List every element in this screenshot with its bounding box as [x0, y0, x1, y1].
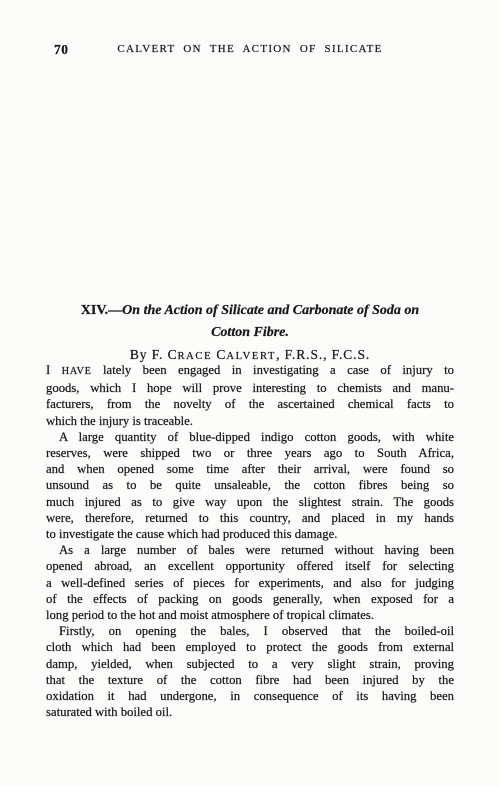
article-title-text: On the Action of Silicate and Carbonate … — [122, 303, 419, 318]
byline-segment: C — [212, 347, 226, 362]
small-caps-text: HAVE — [62, 366, 92, 377]
text-line: saturated with boiled oil. — [46, 704, 454, 720]
text-line: facturers, from the novelty of the ascer… — [46, 396, 454, 412]
text-line: As a large number of bales were returned… — [46, 542, 454, 558]
text-line: Firstly, on opening the bales, I observe… — [46, 623, 454, 639]
text-line: which the injury is traceable. — [46, 413, 454, 429]
text-line: damp, yielded, when subjected to a very … — [46, 656, 454, 672]
text-line: a well-defined series of pieces for expe… — [46, 575, 454, 591]
paragraph: As a large number of bales were returned… — [46, 542, 454, 623]
article-body: I HAVE lately been engaged in investigat… — [46, 362, 454, 720]
text-segment: I — [46, 363, 62, 377]
text-line: were, therefore, returned to this countr… — [46, 510, 454, 526]
byline-segment: , F.R.S., F.C.S. — [276, 347, 370, 362]
text-line: oxidation it had undergone, in consequen… — [46, 688, 454, 704]
text-line: much injured as to give way upon the sli… — [46, 494, 454, 510]
text-line: that the texture of the cotton fibre had… — [46, 672, 454, 688]
page-number: 70 — [54, 42, 69, 58]
page-header: 70 CALVERT ON THE ACTION OF SILICATE — [46, 42, 454, 58]
text-line: I HAVE lately been engaged in investigat… — [46, 362, 454, 380]
article-heading: XIV.—On the Action of Silicate and Carbo… — [46, 300, 454, 367]
paragraph: A large quantity of blue-dipped indigo c… — [46, 429, 454, 542]
article-title-line-2: Cotton Fibre. — [46, 322, 454, 344]
scanned-paper-page: 70 CALVERT ON THE ACTION OF SILICATE XIV… — [0, 0, 500, 786]
text-segment: lately been engaged in investigating a c… — [92, 363, 454, 377]
text-line: and when opened some time after their ar… — [46, 461, 454, 477]
paragraph: I HAVE lately been engaged in investigat… — [46, 362, 454, 429]
running-head: CALVERT ON THE ACTION OF SILICATE — [46, 42, 454, 55]
byline-segment: By F. C — [130, 347, 178, 362]
text-line: of the effects of packing on goods gener… — [46, 591, 454, 607]
byline-smallcaps: RACE — [177, 351, 212, 362]
article-number: XIV.— — [81, 303, 122, 318]
text-line: goods, which I hope will prove interesti… — [46, 380, 454, 396]
byline-smallcaps: ALVERT — [226, 351, 276, 362]
article-title-line-1: XIV.—On the Action of Silicate and Carbo… — [46, 300, 454, 322]
text-line: A large quantity of blue-dipped indigo c… — [46, 429, 454, 445]
text-line: long period to the hot and moist atmosph… — [46, 607, 454, 623]
text-line: unsound as to be quite unsaleable, the c… — [46, 477, 454, 493]
text-line: to investigate the cause which had produ… — [46, 526, 454, 542]
text-line: cloth which had been employed to protect… — [46, 639, 454, 655]
text-line: opened abroad, an excellent opportunity … — [46, 558, 454, 574]
paragraph: Firstly, on opening the bales, I observe… — [46, 623, 454, 720]
text-line: reserves, were shipped two or three year… — [46, 445, 454, 461]
